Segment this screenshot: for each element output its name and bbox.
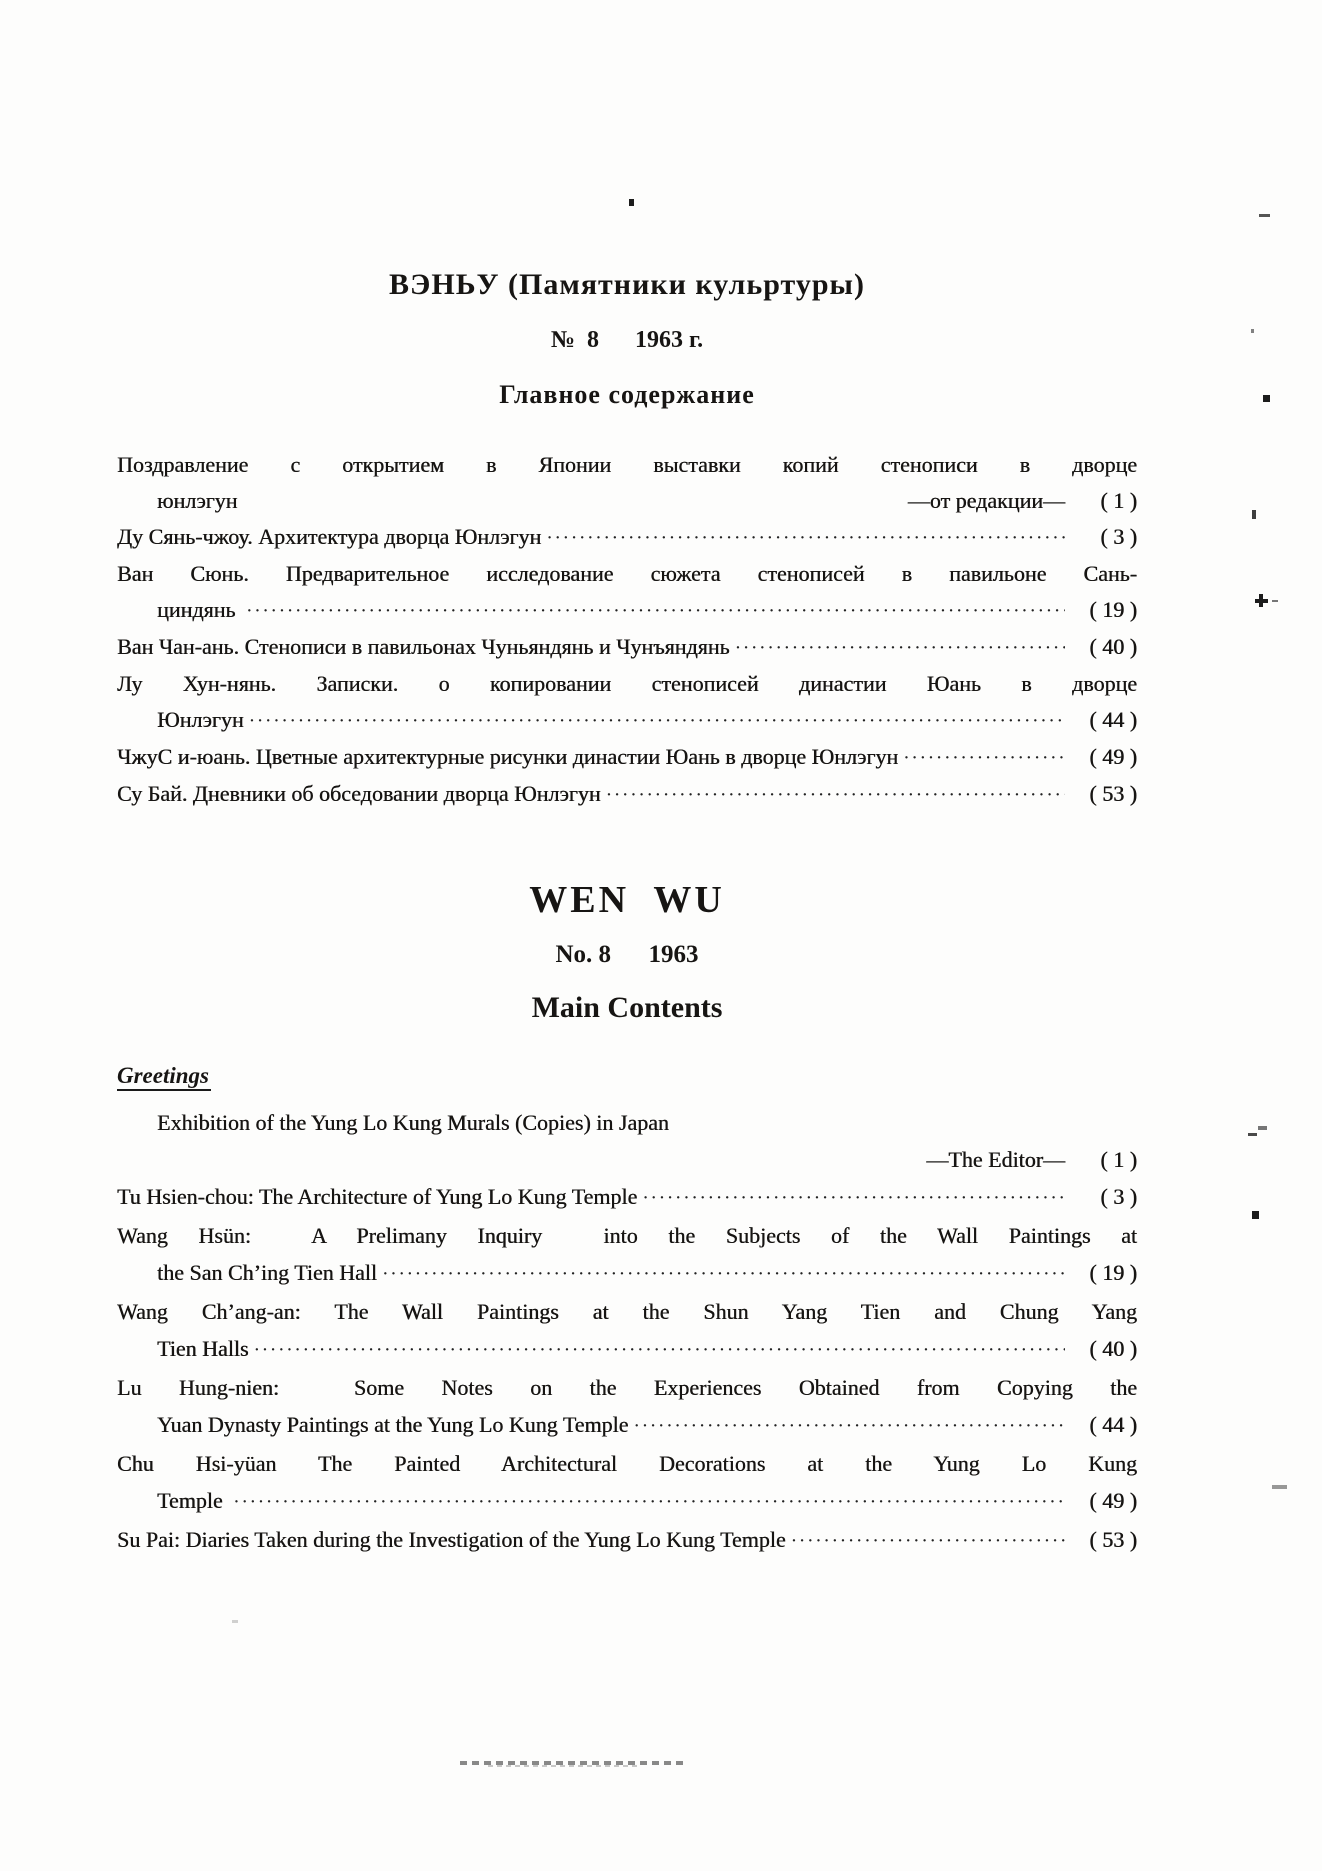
toc-line: Su Pai: Diaries Taken during the Investi…	[117, 1521, 1137, 1560]
dot-leader: ········································…	[241, 593, 1065, 629]
toc-line: Tu Hsien-chou: The Architecture of Yung …	[117, 1178, 1137, 1217]
toc-text: циндянь	[157, 592, 241, 628]
scan-artifact	[1258, 1126, 1267, 1130]
russian-journal-title: ВЭНЬУ (Памятники кульртуры)	[117, 268, 1137, 302]
scan-artifact-dashed-rule	[488, 1765, 638, 1767]
toc-text: Wang Ch’ang-an: The Wall Paintings at th…	[117, 1299, 1137, 1324]
toc-text: Су Бай. Дневники об обседовании дворца Ю…	[117, 776, 601, 812]
page-number: ( 49 )	[1065, 1482, 1137, 1519]
toc-text: Лу Хун-нянь. Записки. о копировании стен…	[117, 671, 1137, 696]
page-number: ( 53 )	[1065, 1521, 1137, 1558]
dot-leader: ········································…	[628, 1408, 1065, 1445]
toc-text: Wang Hsün: A Prelimany Inquiry into the …	[117, 1223, 1137, 1248]
toc-line: Юнлэгун·································…	[117, 702, 1137, 739]
toc-line: Wang Hsün: A Prelimany Inquiry into the …	[117, 1217, 1137, 1254]
russian-issue-line: № 8 1963 г.	[117, 327, 1137, 354]
page-number: ( 40 )	[1065, 1330, 1137, 1367]
page-number: ( 44 )	[1065, 1406, 1137, 1443]
toc-text: Юнлэгун	[157, 702, 244, 738]
greetings-section-label: Greetings	[117, 1063, 211, 1091]
page-number: ( 3 )	[1065, 1178, 1137, 1215]
toc-line: Ван Сюнь. Предварительное исследование с…	[117, 556, 1137, 592]
toc-line: ЧжуС и-юань. Цветные архитектурные рисун…	[117, 739, 1137, 776]
dot-leader: ········································…	[898, 740, 1065, 776]
scan-artifact	[1251, 329, 1254, 333]
toc-text: Exhibition of the Yung Lo Kung Murals (C…	[157, 1110, 669, 1135]
dot-leader: ········································…	[244, 703, 1065, 739]
toc-line: Поздравление с открытием в Японии выстав…	[117, 447, 1137, 483]
toc-attribution: —The Editor—	[926, 1141, 1065, 1178]
page-number: ( 1 )	[1065, 483, 1137, 519]
scan-artifact	[232, 1620, 238, 1623]
page-number: ( 44 )	[1065, 702, 1137, 738]
toc-text: Su Pai: Diaries Taken during the Investi…	[117, 1521, 786, 1558]
dot-leader: ········································…	[541, 520, 1065, 556]
toc-text: Поздравление с открытием в Японии выстав…	[117, 452, 1137, 477]
toc-line: Ду Сянь-чжоу. Архитектура дворца Юнлэгун…	[117, 519, 1137, 556]
page-number: ( 19 )	[1065, 592, 1137, 628]
toc-text: Yuan Dynasty Paintings at the Yung Lo Ku…	[157, 1406, 628, 1443]
scan-artifact	[1248, 1133, 1257, 1136]
russian-contents-heading: Главное содержание	[117, 380, 1137, 410]
dot-leader: ········································…	[601, 777, 1065, 813]
dot-leader: ········································…	[228, 1484, 1065, 1521]
toc-line: юнлэгун—от редакции—( 1 )	[117, 483, 1137, 519]
toc-text: Ван Сюнь. Предварительное исследование с…	[117, 561, 1137, 586]
page-content: ВЭНЬУ (Памятники кульртуры) № 8 1963 г. …	[117, 0, 1137, 1871]
scan-artifact	[1272, 1485, 1287, 1489]
scan-artifact	[1259, 594, 1263, 607]
toc-line: Lu Hung-nien: Some Notes on the Experien…	[117, 1369, 1137, 1406]
toc-line: Exhibition of the Yung Lo Kung Murals (C…	[117, 1104, 1137, 1141]
scan-artifact	[1259, 214, 1270, 217]
toc-line: the San Ch’ing Tien Hall················…	[117, 1254, 1137, 1293]
english-contents-heading: Main Contents	[117, 991, 1137, 1025]
english-journal-title: WEN WU	[117, 878, 1137, 922]
english-toc: Exhibition of the Yung Lo Kung Murals (C…	[117, 1104, 1137, 1560]
dot-leader: ········································…	[248, 1332, 1065, 1369]
toc-text: Ван Чан-ань. Стенописи в павильонах Чунь…	[117, 629, 730, 665]
toc-text: Lu Hung-nien: Some Notes on the Experien…	[117, 1375, 1137, 1400]
scanned-page: ВЭНЬУ (Памятники кульртуры) № 8 1963 г. …	[0, 0, 1322, 1871]
page-number: ( 3 )	[1065, 519, 1137, 555]
dot-leader: ········································…	[637, 1180, 1065, 1217]
scan-artifact	[1272, 600, 1278, 602]
dot-leader: ········································…	[730, 630, 1065, 666]
toc-line: Chu Hsi-yüan The Painted Architectural D…	[117, 1445, 1137, 1482]
scan-artifact	[1252, 1211, 1259, 1219]
greetings-section-wrap: Greetings	[117, 1063, 211, 1089]
toc-text: Temple	[157, 1482, 228, 1519]
scan-artifact-dot	[629, 199, 634, 206]
toc-attribution: —от редакции—	[908, 483, 1065, 519]
toc-text: Chu Hsi-yüan The Painted Architectural D…	[117, 1451, 1137, 1476]
toc-text: the San Ch’ing Tien Hall	[157, 1254, 377, 1291]
scan-artifact	[1263, 395, 1270, 402]
toc-line: Су Бай. Дневники об обседовании дворца Ю…	[117, 776, 1137, 813]
toc-line: Wang Ch’ang-an: The Wall Paintings at th…	[117, 1293, 1137, 1330]
toc-line: циндянь ································…	[117, 592, 1137, 629]
toc-text: Tu Hsien-chou: The Architecture of Yung …	[117, 1178, 637, 1215]
toc-line: Yuan Dynasty Paintings at the Yung Lo Ku…	[117, 1406, 1137, 1445]
toc-line: Лу Хун-нянь. Записки. о копировании стен…	[117, 666, 1137, 702]
toc-line: —The Editor—( 1 )	[117, 1141, 1137, 1178]
dot-leader: ········································…	[786, 1523, 1065, 1560]
page-number: ( 19 )	[1065, 1254, 1137, 1291]
page-number: ( 40 )	[1065, 629, 1137, 665]
toc-line: Ван Чан-ань. Стенописи в павильонах Чунь…	[117, 629, 1137, 666]
toc-line: Temple ·································…	[117, 1482, 1137, 1521]
toc-text: юнлэгун	[157, 483, 237, 519]
toc-text: Tien Halls	[157, 1330, 248, 1367]
toc-text: ЧжуС и-юань. Цветные архитектурные рисун…	[117, 739, 898, 775]
russian-toc: Поздравление с открытием в Японии выстав…	[117, 447, 1137, 813]
scan-artifact	[1252, 510, 1256, 519]
english-issue-line: No. 8 1963	[117, 941, 1137, 969]
dot-leader: ········································…	[377, 1256, 1065, 1293]
toc-text: Ду Сянь-чжоу. Архитектура дворца Юнлэгун	[117, 519, 541, 555]
toc-line: Tien Halls······························…	[117, 1330, 1137, 1369]
page-number: ( 1 )	[1065, 1141, 1137, 1178]
page-number: ( 49 )	[1065, 739, 1137, 775]
page-number: ( 53 )	[1065, 776, 1137, 812]
